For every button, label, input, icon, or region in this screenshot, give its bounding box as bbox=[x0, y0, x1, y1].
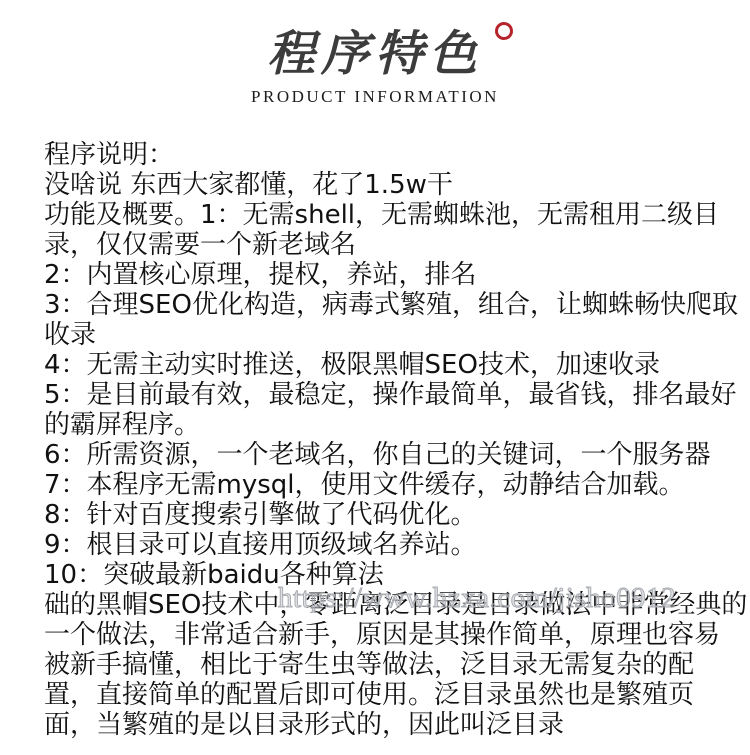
text-line: 础的黑帽SEO技术中，零距离泛目录是目录做法中非常经典的 bbox=[44, 590, 744, 620]
text-line: 5：是目前最有效，最稳定，操作最简单，最省钱，排名最好 bbox=[44, 380, 744, 410]
text-line: 7：本程序无需mysql，使用文件缓存，动静结合加载。 bbox=[44, 470, 744, 500]
text-line: 程序说明： bbox=[44, 140, 744, 170]
text-line: 10：突破最新baidu各种算法 bbox=[44, 560, 744, 590]
text-line: 收录 bbox=[44, 320, 744, 350]
text-line: 录，仅仅需要一个新老域名 bbox=[44, 230, 744, 260]
text-line: 9：根目录可以直接用顶级域名养站。 bbox=[44, 530, 744, 560]
page-title: 程序特色 bbox=[267, 26, 483, 82]
text-line: 功能及概要。1：无需shell，无需蜘蛛池，无需租用二级目 bbox=[44, 200, 744, 230]
text-line: 没啥说 东西大家都懂，花了1.5w干 bbox=[44, 170, 744, 200]
text-line: 4：无需主动实时推送，极限黑帽SEO技术，加速收录 bbox=[44, 350, 744, 380]
text-line: 8：针对百度搜索引擎做了代码优化。 bbox=[44, 500, 744, 530]
text-line: 3：合理SEO优化构造，病毒式繁殖，组合，让蜘蛛畅快爬取 bbox=[44, 290, 744, 320]
text-line: 被新手搞懂，相比于寄生虫等做法，泛目录无需复杂的配 bbox=[44, 650, 744, 680]
page-header: 程序特色 PRODUCT INFORMATION bbox=[0, 28, 750, 107]
text-line: 一个做法，非常适合新手，原因是其操作简单，原理也容易 bbox=[44, 620, 744, 650]
red-circle-icon bbox=[495, 22, 513, 40]
text-line: 的霸屏程序。 bbox=[44, 410, 744, 440]
text-line: 置，直接简单的配置后即可使用。泛目录虽然也是繁殖页 bbox=[44, 680, 744, 710]
product-information-page: 程序特色 PRODUCT INFORMATION 程序说明：没啥说 东西大家都懂… bbox=[0, 0, 750, 755]
description-text-block: 程序说明：没啥说 东西大家都懂，花了1.5w干功能及概要。1：无需shell，无… bbox=[44, 140, 744, 740]
text-line: 面，当繁殖的是以目录形式的，因此叫泛目录 bbox=[44, 710, 744, 740]
text-line: 2：内置核心原理，提权，养站，排名 bbox=[44, 260, 744, 290]
text-line: 6：所需资源，一个老域名，你自己的关键词，一个服务器 bbox=[44, 440, 744, 470]
title-wrap: 程序特色 bbox=[267, 28, 483, 81]
page-subtitle: PRODUCT INFORMATION bbox=[0, 87, 750, 107]
